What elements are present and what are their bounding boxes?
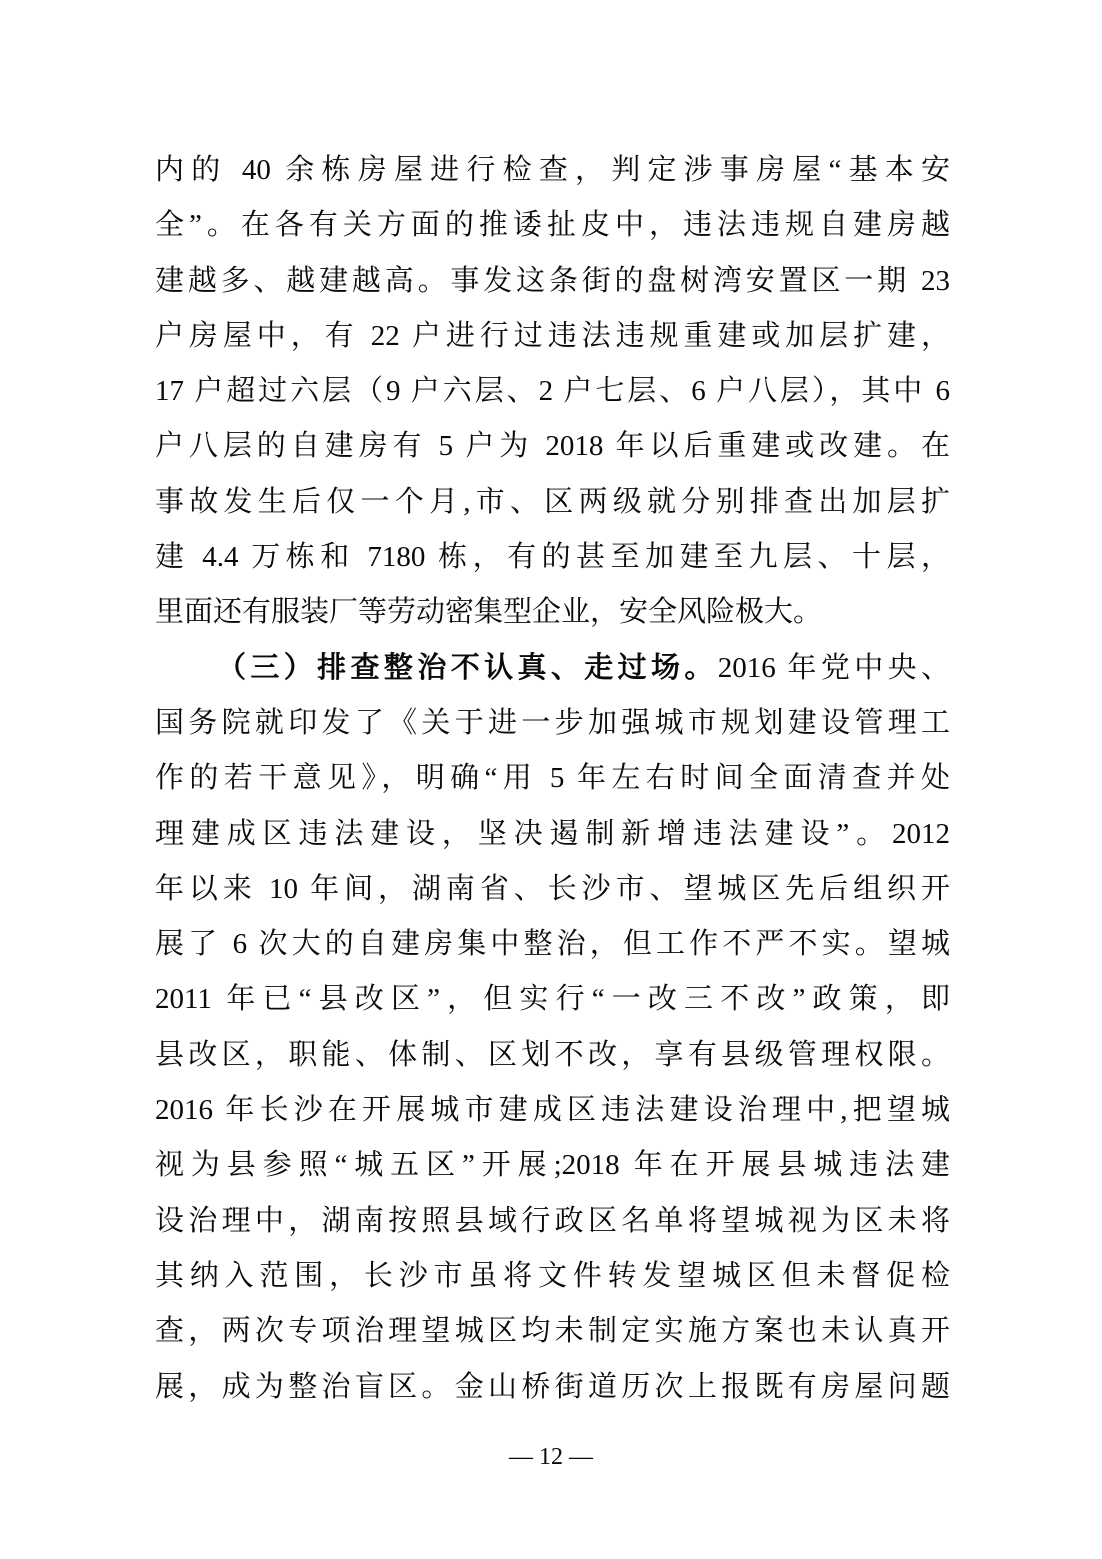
text-block: 内的 40 余栋房屋进行检查，判定涉事房屋“基本安全”。在各有关方面的推诿扯皮中… xyxy=(155,143,950,1415)
text-line: 里面还有服装厂等劳动密集型企业，安全风险极大。 xyxy=(155,585,950,640)
text-line: 其纳入范围，长沙市虽将文件转发望城区但未督促检 xyxy=(155,1249,950,1304)
text-line: 17 户超过六层（9 户六层、2 户七层、6 户八层），其中 6 xyxy=(155,364,950,419)
text-line: 全”。在各有关方面的推诿扯皮中，违法违规自建房越 xyxy=(155,198,950,253)
text-line: 建越多、越建越高。事发这条街的盘树湾安置区一期 23 xyxy=(155,254,950,309)
text-line: 作的若干意见》，明确“用 5 年左右时间全面清查并处 xyxy=(155,751,950,806)
text-line: 国务院就印发了《关于进一步加强城市规划建设管理工 xyxy=(155,696,950,751)
text-line: 视为县参照“城五区”开展;2018 年在开展县城违法建 xyxy=(155,1138,950,1193)
text-line: 查，两次专项治理望城区均未制定实施方案也未认真开 xyxy=(155,1304,950,1359)
document-page: 内的 40 余栋房屋进行检查，判定涉事房屋“基本安全”。在各有关方面的推诿扯皮中… xyxy=(0,0,1102,1559)
text-line: 展了 6 次大的自建房集中整治，但工作不严不实。望城 xyxy=(155,917,950,972)
text-line: （三）排查整治不认真、走过场。2016 年党中央、 xyxy=(155,641,950,696)
text-line: 县改区，职能、体制、区划不改，享有县级管理权限。 xyxy=(155,1028,950,1083)
text-line: 事故发生后仅一个月,市、区两级就分别排查出加层扩 xyxy=(155,475,950,530)
text-line: 2011 年已“县改区”，但实行“一改三不改”政策，即 xyxy=(155,972,950,1027)
section-heading: （三）排查整治不认真、走过场。 xyxy=(217,652,718,684)
text-line: 内的 40 余栋房屋进行检查，判定涉事房屋“基本安 xyxy=(155,143,950,198)
text-line: 2016 年长沙在开展城市建成区违法建设治理中,把望城 xyxy=(155,1083,950,1138)
text-line: 理建成区违法建设，坚决遏制新增违法建设”。2012 xyxy=(155,807,950,862)
text-line: 户八层的自建房有 5 户为 2018 年以后重建或改建。在 xyxy=(155,419,950,474)
text-line: 户房屋中，有 22 户进行过违法违规重建或加层扩建， xyxy=(155,309,950,364)
page-number: — 12 — xyxy=(0,1442,1102,1472)
text-line: 设治理中，湖南按照县域行政区名单将望城视为区未将 xyxy=(155,1194,950,1249)
text-line: 年以来 10 年间，湖南省、长沙市、望城区先后组织开 xyxy=(155,862,950,917)
text-line: 建 4.4 万栋和 7180 栋，有的甚至加建至九层、十层， xyxy=(155,530,950,585)
text-line: 展，成为整治盲区。金山桥街道历次上报既有房屋问题 xyxy=(155,1360,950,1415)
